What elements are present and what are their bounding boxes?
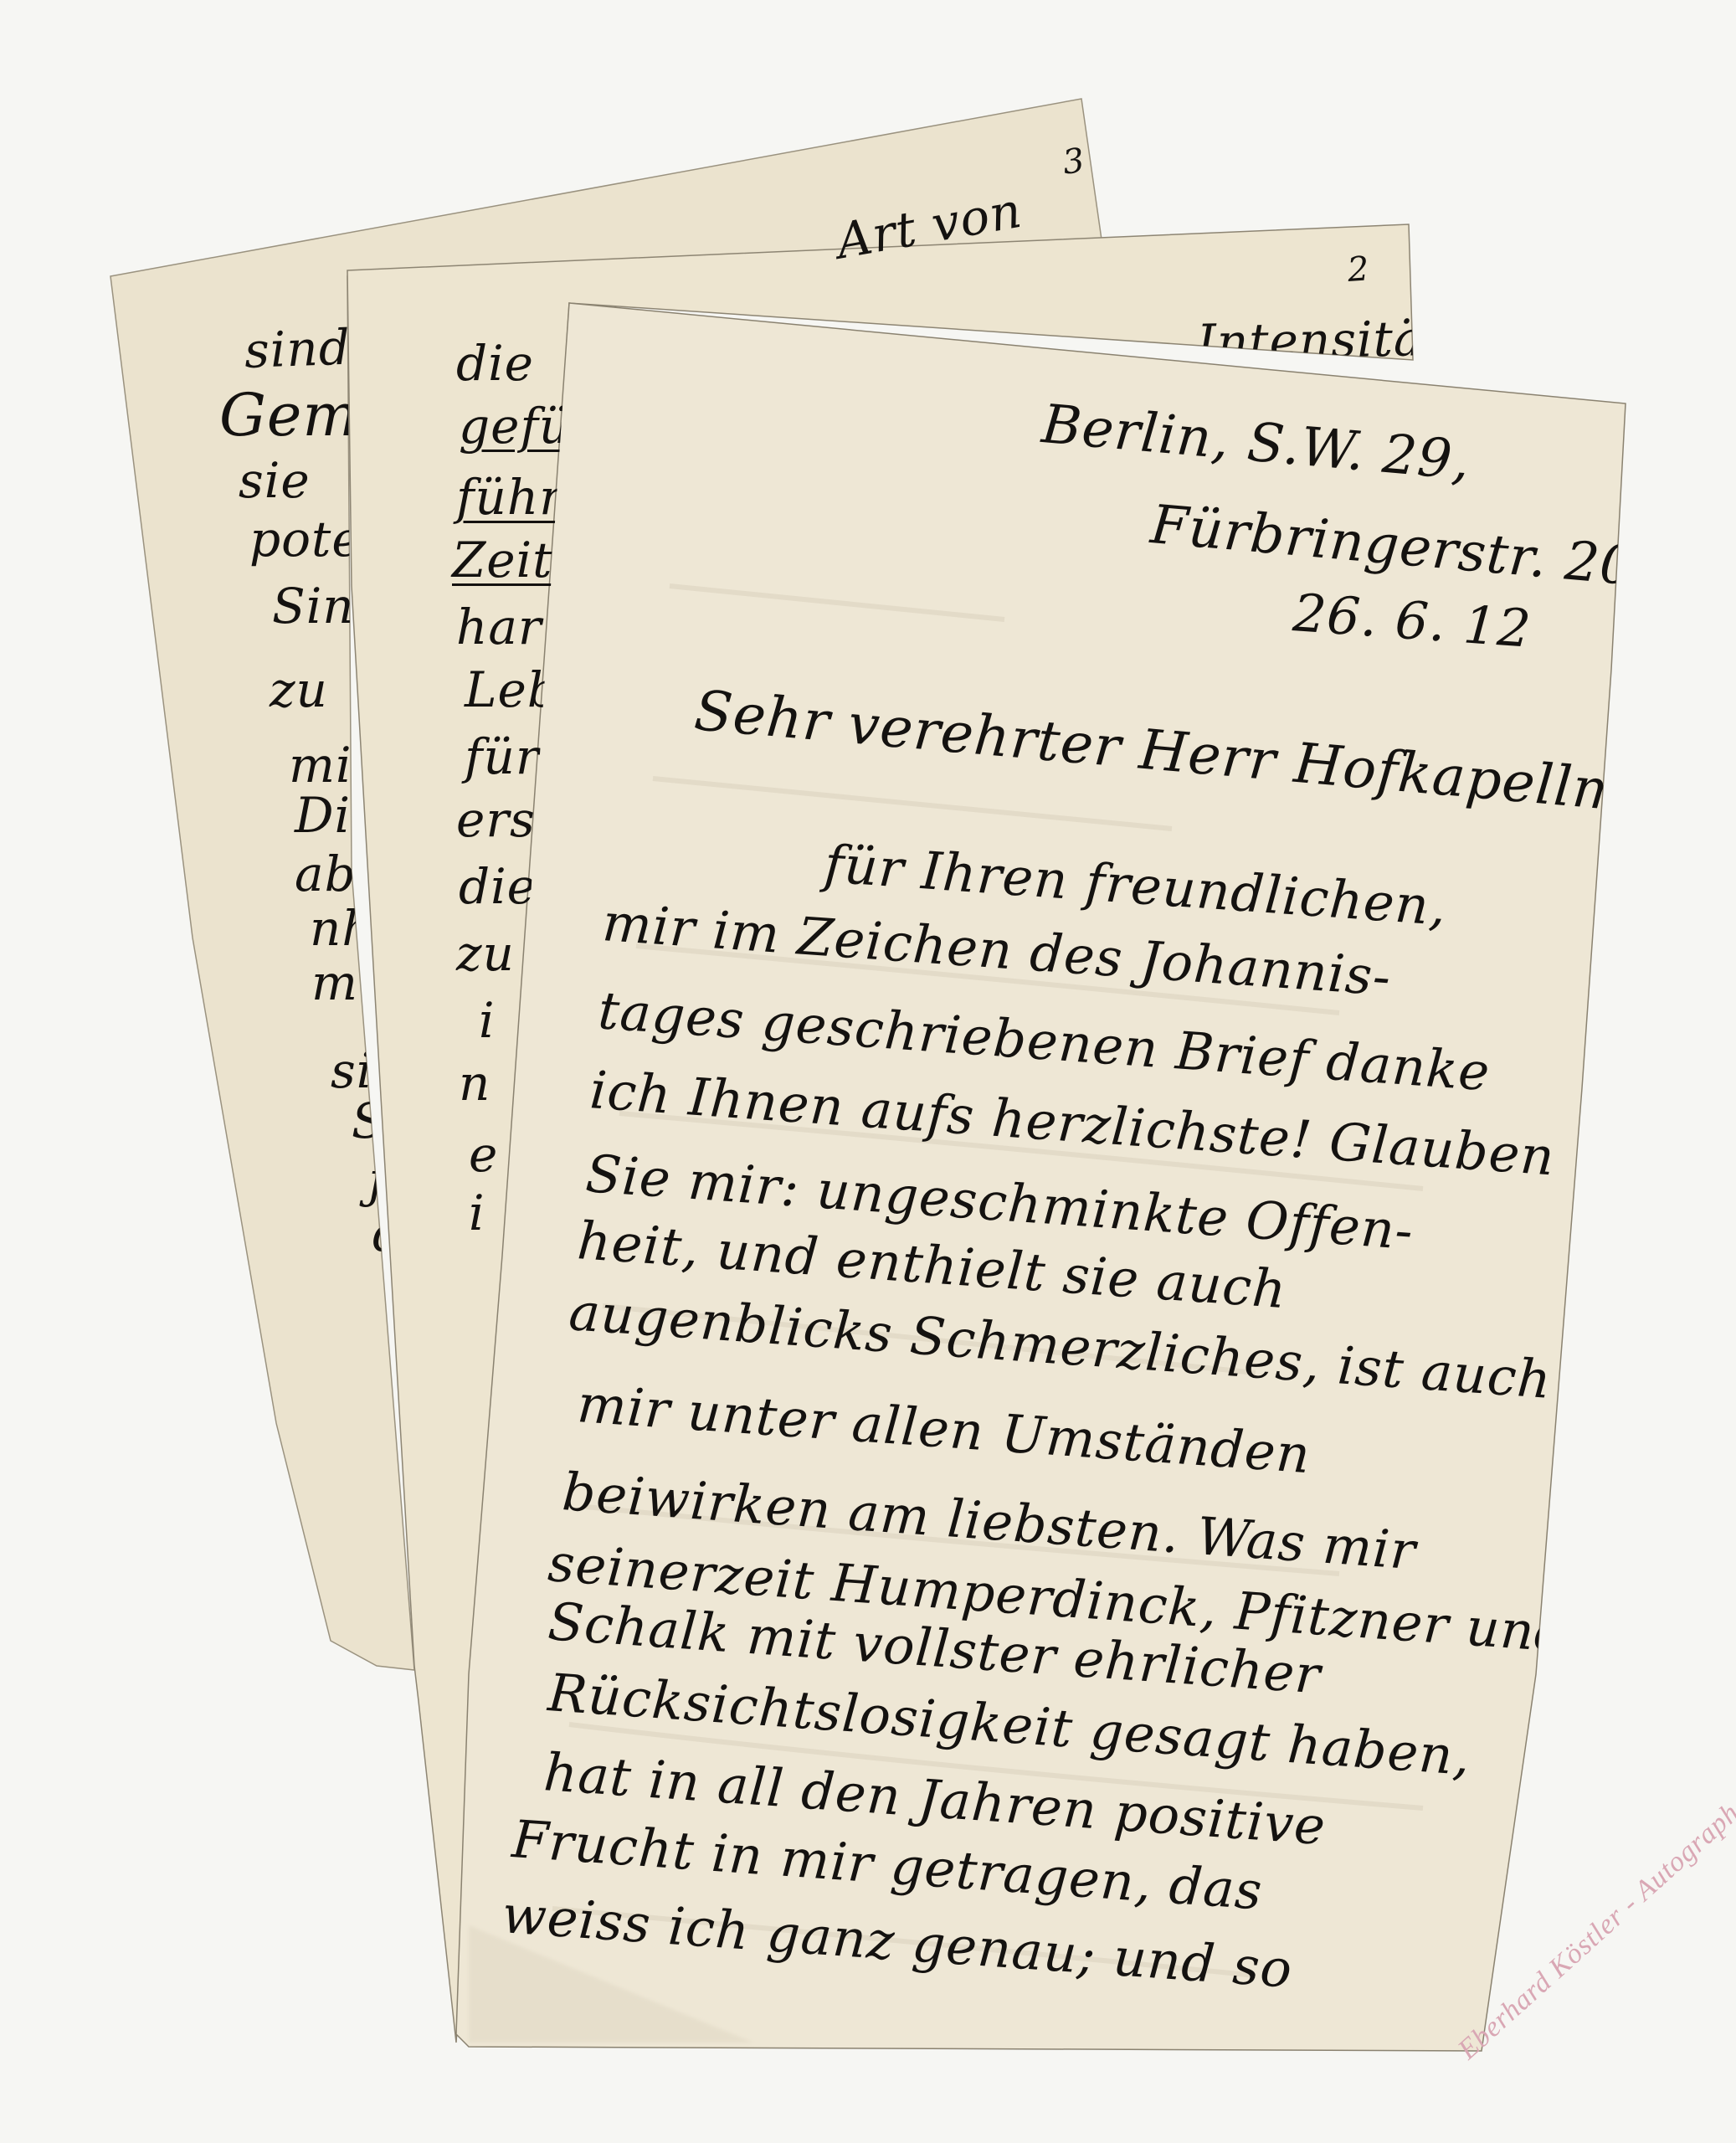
- letter-line: mir unter allen Umständen: [575, 1373, 1312, 1485]
- page-3-fragment: Gem: [219, 381, 359, 450]
- letter-street: Fürbringerstr. 20,: [1148, 494, 1656, 599]
- page-3-fragment: pote: [249, 511, 362, 568]
- page-2-fragment: die: [459, 858, 537, 915]
- page-3-number: 3: [1061, 141, 1088, 182]
- page-3-fragment: zu: [270, 661, 328, 718]
- letter-photograph: 3 Art von sind Gem sie pote Sin zu mi Di…: [0, 0, 1736, 2143]
- page-2-fragment: i: [469, 1185, 485, 1241]
- page-3-fragment: sie: [239, 452, 311, 509]
- page-3-fragment: Sin: [272, 578, 355, 635]
- page-2-number: 2: [1346, 249, 1371, 290]
- page-2-fragment: har: [456, 599, 542, 655]
- letter-place: Berlin, S.W. 29,: [1040, 393, 1473, 492]
- page-2-fragment: e: [469, 1126, 498, 1183]
- page-2-fragment: die: [456, 335, 534, 392]
- page-2-fragment: Zeit: [452, 532, 552, 588]
- page-3-fragment: m: [311, 954, 358, 1011]
- page-2-fragment: ers: [456, 791, 536, 848]
- page-2-fragment: für: [465, 728, 540, 785]
- page-3-fragment: mi: [289, 737, 352, 794]
- letter-salutation: Sehr verehrter Herr Hofkapellmeister,: [692, 678, 1736, 839]
- page-2-fragment: i: [479, 992, 496, 1049]
- page-2-fragment: n: [459, 1055, 490, 1112]
- page-3-fragment: sind: [244, 319, 352, 379]
- page-2-fragment: zu: [456, 925, 515, 982]
- letter-date: 26. 6. 12: [1291, 582, 1533, 660]
